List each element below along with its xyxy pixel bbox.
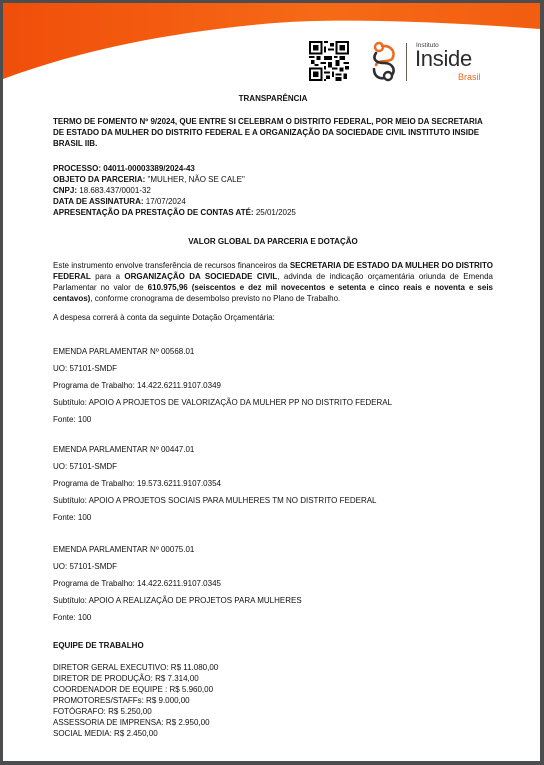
emenda-title: EMENDA PARLAMENTAR Nº 00568.01: [53, 343, 493, 360]
emenda-block-2: EMENDA PARLAMENTAR Nº 00447.01 UO: 57101…: [53, 441, 493, 526]
valor-paragraph: Este instrumento envolve transferência d…: [53, 260, 493, 304]
valor-global-title: VALOR GLOBAL DA PARCERIA E DOTAÇÃO: [53, 236, 493, 247]
emenda-uo: UO: 57101-SMDF: [53, 360, 493, 377]
term-heading: TERMO DE FOMENTO Nº 9/2024, QUE ENTRE SI…: [53, 116, 493, 149]
emenda-title: EMENDA PARLAMENTAR Nº 00447.01: [53, 441, 493, 458]
emenda-fonte: Fonte: 100: [53, 411, 493, 428]
field-prestacao-contas: APRESENTAÇÃO DA PRESTAÇÃO DE CONTAS ATÉ:…: [53, 207, 493, 218]
emenda-title: EMENDA PARLAMENTAR Nº 00075.01: [53, 541, 493, 558]
process-fields: PROCESSO: 04011-00003389/2024-43 OBJETO …: [53, 163, 493, 218]
emenda-programa: Programa de Trabalho: 14.422.6211.9107.0…: [53, 377, 493, 394]
field-processo: PROCESSO: 04011-00003389/2024-43: [53, 163, 493, 174]
document-page: Instituto Inside Brasil TRANSPARÊNCIA TE…: [3, 3, 540, 761]
emenda-uo: UO: 57101-SMDF: [53, 558, 493, 575]
equipe-item: COORDENADOR DE EQUIPE : R$ 5.960,00: [53, 684, 493, 695]
equipe-item: DIRETOR GERAL EXECUTIVO: R$ 11.080,00: [53, 662, 493, 673]
logo-divider: [406, 43, 407, 81]
field-objeto: OBJETO DA PARCERIA: "MULHER, NÃO SE CALE…: [53, 174, 493, 185]
field-cnpj: CNPJ: 18.683.437/0001-32: [53, 185, 493, 196]
emenda-block-1: EMENDA PARLAMENTAR Nº 00568.01 UO: 57101…: [53, 343, 493, 428]
emenda-programa: Programa de Trabalho: 19.573.6211.9107.0…: [53, 475, 493, 492]
equipe-item: FOTÓGRAFO: R$ 5.250,00: [53, 706, 493, 717]
logo-brasil-text: Brasil: [458, 72, 481, 82]
document-title: TRANSPARÊNCIA: [53, 93, 493, 104]
inside-brasil-logo-icon: [370, 39, 400, 83]
despesa-text: A despesa correrá à conta da seguinte Do…: [53, 312, 493, 323]
emenda-programa: Programa de Trabalho: 14.422.6211.9107.0…: [53, 575, 493, 592]
equipe-item: PROMOTORES/STAFFs: R$ 9.000,00: [53, 695, 493, 706]
equipe-list: DIRETOR GERAL EXECUTIVO: R$ 11.080,00 DI…: [53, 662, 493, 739]
equipe-item: ASSESSORIA DE IMPRENSA: R$ 2.950,00: [53, 717, 493, 728]
emenda-fonte: Fonte: 100: [53, 609, 493, 626]
emenda-block-3: EMENDA PARLAMENTAR Nº 00075.01 UO: 57101…: [53, 541, 493, 626]
equipe-item: DIRETOR DE PRODUÇÃO: R$ 7.314,00: [53, 673, 493, 684]
field-data-assinatura: DATA DE ASSINATURA: 17/07/2024: [53, 196, 493, 207]
emenda-subtitulo: Subtítulo: APOIO A REALIZAÇÃO DE PROJETO…: [53, 592, 493, 609]
emenda-subtitulo: Subtítulo: APOIO A PROJETOS DE VALORIZAÇ…: [53, 394, 493, 411]
qr-code-icon: [309, 41, 349, 81]
emenda-uo: UO: 57101-SMDF: [53, 458, 493, 475]
emenda-fonte: Fonte: 100: [53, 509, 493, 526]
emenda-subtitulo: Subtítulo: APOIO A PROJETOS SOCIAIS PARA…: [53, 492, 493, 509]
equipe-item: SOCIAL MEDIA: R$ 2.450,00: [53, 728, 493, 739]
equipe-title: EQUIPE DE TRABALHO: [53, 640, 493, 651]
logo-inside-text: Inside: [415, 47, 472, 71]
